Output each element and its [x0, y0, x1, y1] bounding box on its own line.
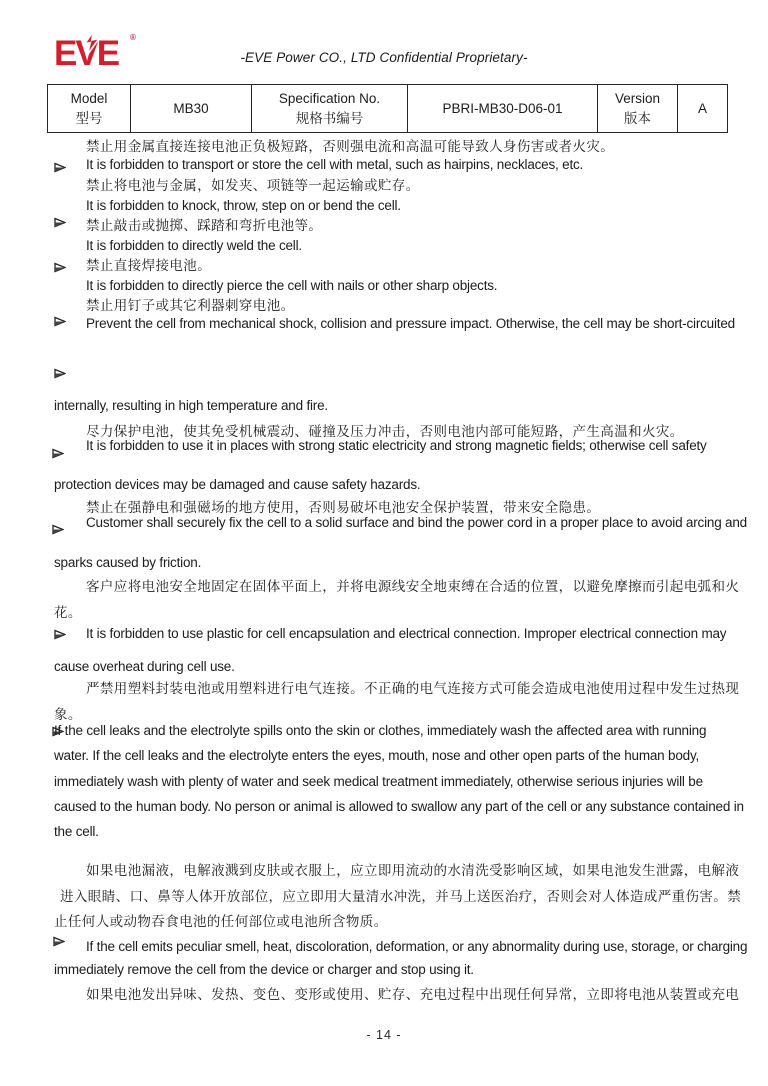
- version-value-cell: A: [678, 85, 728, 133]
- body-line: It is forbidden to transport or store th…: [86, 157, 583, 174]
- body-line: 禁止直接焊接电池。: [86, 258, 211, 275]
- model-label-cell: Model 型号: [48, 85, 131, 133]
- body-line: 象。: [54, 707, 82, 724]
- body-line: It is forbidden to knock, throw, step on…: [86, 198, 401, 215]
- body-line: 禁止用钉子或其它利器刺穿电池。: [86, 298, 295, 315]
- body-line: 禁止将电池与金属，如发夹、项链等一起运输或贮存。: [86, 178, 420, 195]
- model-label-en: Model: [50, 89, 128, 109]
- bullet-arrow-icon: [54, 368, 66, 379]
- version-label-cn: 版本: [600, 109, 675, 129]
- registered-trademark-icon: ®: [130, 33, 136, 42]
- spec-label-cell: Specification No. 规格书编号: [252, 85, 408, 133]
- body-line: Customer shall securely fix the cell to …: [86, 515, 747, 532]
- body-line: 严禁用塑料封装电池或用塑料进行电气连接。不正确的电气连接方式可能会造成电池使用过…: [86, 681, 739, 698]
- model-label-cn: 型号: [50, 109, 128, 129]
- version-label-cell: Version 版本: [598, 85, 678, 133]
- body-line: 如果电池发出异味、发热、变色、变形或使用、贮存、充电过程中出现任何异常，立即将电…: [86, 987, 739, 1004]
- body-line: If the cell emits peculiar smell, heat, …: [86, 939, 747, 956]
- bullet-arrow-icon: [52, 524, 64, 535]
- body-line: It is forbidden to directly weld the cel…: [86, 238, 302, 255]
- body-line: 进入眼睛、口、鼻等人体开放部位，应立即用大量清水冲洗，并马上送医治疗，否则会对人…: [60, 889, 741, 906]
- body-line: It is forbidden to use plastic for cell …: [86, 626, 726, 643]
- spec-value-cell: PBRI-MB30-D06-01: [408, 85, 598, 133]
- spec-label-cn: 规格书编号: [254, 109, 405, 129]
- body-line: cause overheat during cell use.: [54, 659, 235, 676]
- spec-info-table: Model 型号 MB30 Specification No. 规格书编号 PB…: [47, 84, 728, 133]
- spec-label-en: Specification No.: [254, 89, 405, 109]
- body-line: immediately remove the cell from the dev…: [54, 962, 474, 979]
- body-line: 花。: [54, 605, 82, 622]
- confidential-notice: -EVE Power CO., LTD Confidential Proprie…: [0, 50, 768, 65]
- body-line: water. If the cell leaks and the electro…: [54, 748, 699, 765]
- bullet-arrow-icon: [54, 262, 66, 273]
- bullet-arrow-icon: [53, 936, 65, 947]
- body-line: It is forbidden to use it in places with…: [86, 438, 707, 455]
- body-line: internally, resulting in high temperatur…: [54, 398, 328, 415]
- body-line: 止任何人或动物吞食电池的任何部位或电池所含物质。: [54, 914, 388, 931]
- document-page: EVE ® -EVE Power CO., LTD Confidential P…: [0, 0, 768, 1086]
- body-line: 客户应将电池安全地固定在固体平面上，并将电源线安全地束缚在合适的位置，以避免摩擦…: [86, 579, 739, 596]
- body-line: If the cell leaks and the electrolyte sp…: [54, 723, 706, 740]
- page-number: - 14 -: [0, 1028, 768, 1042]
- version-label-en: Version: [600, 89, 675, 109]
- bullet-arrow-icon: [54, 316, 66, 327]
- body-line: 禁止用金属直接连接电池正负极短路，否则强电流和高温可能导致人身伤害或者火灾。: [86, 139, 614, 156]
- bullet-arrow-icon: [52, 448, 64, 459]
- body-line: It is forbidden to directly pierce the c…: [86, 278, 497, 295]
- body-line: immediately wash with plenty of water an…: [54, 774, 703, 791]
- body-line: 禁止敲击或抛掷、踩踏和弯折电池等。: [86, 218, 322, 235]
- body-line: sparks caused by friction.: [54, 555, 201, 572]
- body-line: caused to the human body. No person or a…: [54, 799, 744, 816]
- body-line: 如果电池漏液，电解液溅到皮肤或衣服上，应立即用流动的水清洗受影响区域，如果电池发…: [86, 863, 739, 880]
- model-value-cell: MB30: [131, 85, 252, 133]
- body-line: protection devices may be damaged and ca…: [54, 477, 420, 494]
- bullet-arrow-icon: [54, 629, 66, 640]
- table-row: Model 型号 MB30 Specification No. 规格书编号 PB…: [48, 85, 728, 133]
- bullet-arrow-icon: [54, 217, 66, 228]
- body-line: Prevent the cell from mechanical shock, …: [86, 316, 735, 333]
- bullet-arrow-icon: [54, 162, 66, 173]
- body-line: the cell.: [54, 824, 99, 841]
